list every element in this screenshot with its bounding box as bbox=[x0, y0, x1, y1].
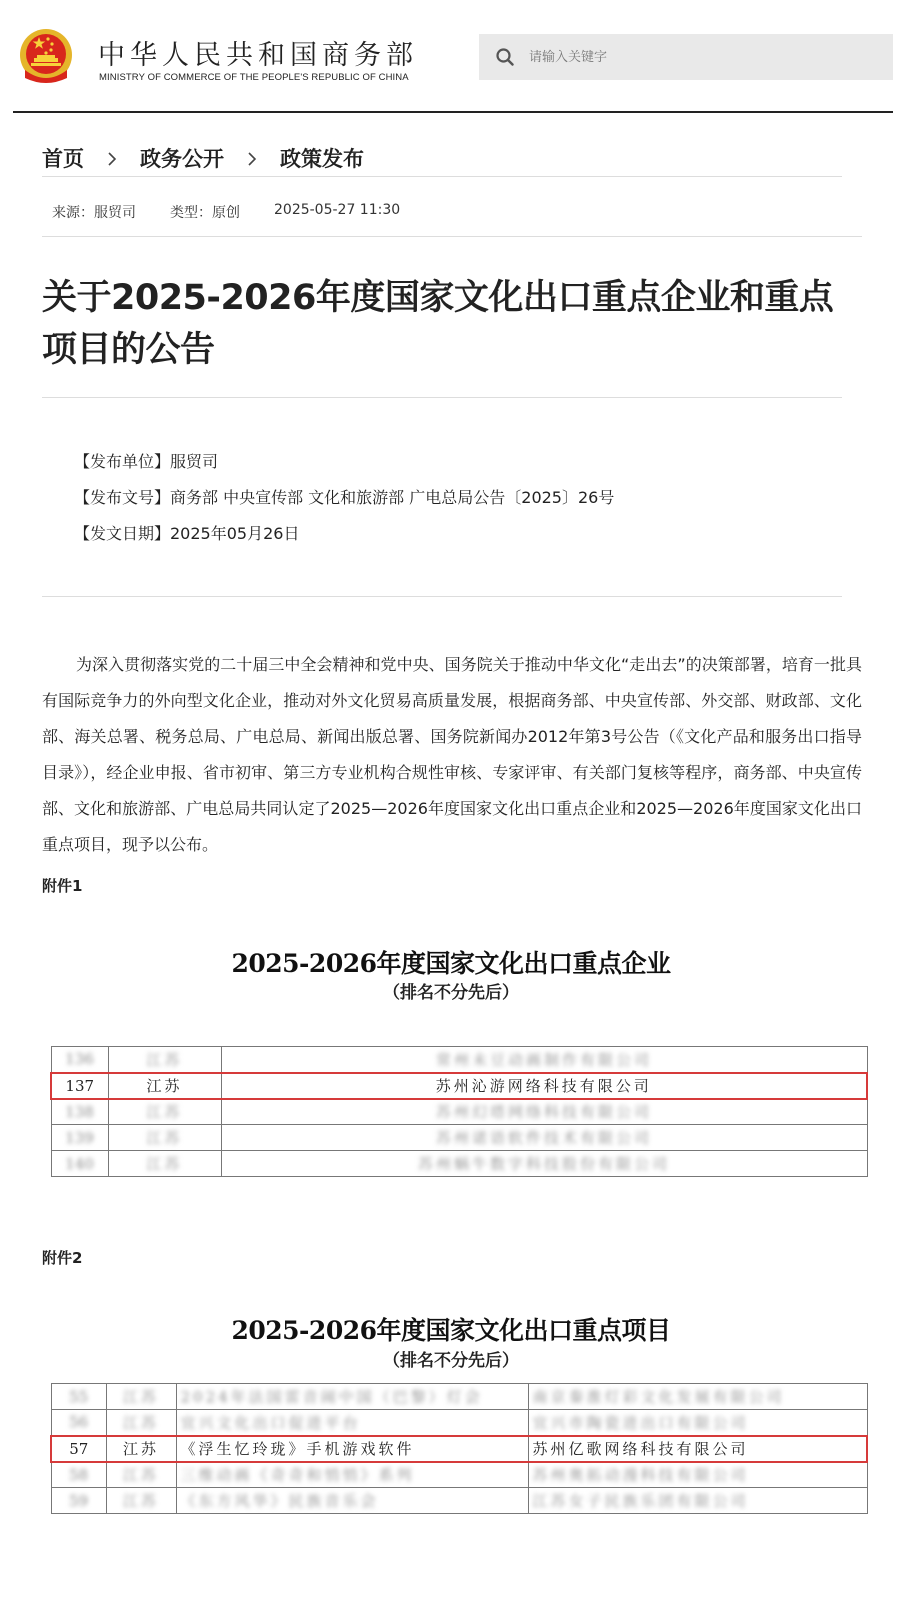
row-number: 57 bbox=[51, 1436, 106, 1462]
chevron-right-icon bbox=[224, 148, 280, 169]
article-body: 为深入贯彻落实党的二十届三中全会精神和党中央、国务院关于推动中华文化“走出去”的… bbox=[42, 647, 862, 863]
attachment-1-title: 2025-2026年度国家文化出口重点企业 bbox=[0, 944, 902, 980]
attachment-2-label[interactable]: 附件2 bbox=[42, 1247, 82, 1268]
breadcrumb-policy-release[interactable]: 政策发布 bbox=[280, 143, 364, 173]
attachment-1-label[interactable]: 附件1 bbox=[42, 875, 82, 896]
info-issue-date: 【发文日期】2025年05月26日 bbox=[74, 516, 614, 552]
table-row: 139 江苏 苏州诺语软件技术有限公司 bbox=[51, 1125, 867, 1151]
article-type: 类型：原创 bbox=[170, 202, 240, 222]
article-source: 来源：服贸司 bbox=[52, 202, 136, 222]
table-row: 55 江苏 2024年法国雷音闹中国（巴黎）灯会 南京秦淮灯彩文化发展有限公司 bbox=[51, 1384, 867, 1410]
article-datetime: 2025-05-27 11:30 bbox=[274, 202, 400, 222]
attachment-2-title: 2025-2026年度国家文化出口重点项目 bbox=[0, 1311, 902, 1347]
table-row-highlighted: 137 江苏 苏州沁游网络科技有限公司 bbox=[51, 1073, 867, 1099]
table-row: 56 江苏 宜兴文化出口促进平台 宜兴市陶瓷进出口有限公司 bbox=[51, 1410, 867, 1436]
article-meta: 来源：服贸司 类型：原创 2025-05-27 11:30 bbox=[52, 202, 434, 222]
national-emblem-icon[interactable] bbox=[17, 28, 75, 86]
header-divider bbox=[13, 111, 893, 113]
article-info: 【发布单位】服贸司 【发布文号】商务部 中央宣传部 文化和旅游部 广电总局公告〔… bbox=[74, 444, 614, 552]
title-divider bbox=[42, 397, 842, 398]
search-icon[interactable] bbox=[495, 47, 515, 67]
row-company: 苏州亿歌网络科技有限公司 bbox=[528, 1436, 867, 1462]
row-province: 江苏 bbox=[108, 1073, 221, 1099]
attachment-2-table: 55 江苏 2024年法国雷音闹中国（巴黎）灯会 南京秦淮灯彩文化发展有限公司 … bbox=[50, 1383, 868, 1514]
breadcrumb-government-affairs[interactable]: 政务公开 bbox=[140, 143, 224, 173]
breadcrumb-home[interactable]: 首页 bbox=[42, 143, 84, 173]
info-divider bbox=[42, 596, 842, 597]
table-row-highlighted: 57 江苏 《浮生忆玲珑》手机游戏软件 苏州亿歌网络科技有限公司 bbox=[51, 1436, 867, 1462]
row-company: 苏州沁游网络科技有限公司 bbox=[221, 1073, 867, 1099]
row-project: 《浮生忆玲珑》手机游戏软件 bbox=[176, 1436, 528, 1462]
row-number: 137 bbox=[51, 1073, 108, 1099]
table-row: 58 江苏 三维动画《奇奇和悄悄》系列 苏州奥拓动漫科技有限公司 bbox=[51, 1462, 867, 1488]
search-bar bbox=[479, 34, 893, 80]
chevron-right-icon bbox=[84, 148, 140, 169]
breadcrumb-divider bbox=[42, 176, 842, 177]
attachment-1-subtitle: （排名不分先后） bbox=[0, 978, 902, 1003]
site-logo-title[interactable]: 中华人民共和国商务部 bbox=[98, 33, 418, 72]
meta-divider bbox=[42, 236, 862, 237]
article-title: 关于2025-2026年度国家文化出口重点企业和重点项目的公告 bbox=[42, 272, 862, 376]
row-province: 江苏 bbox=[106, 1436, 176, 1462]
info-document-number: 【发布文号】商务部 中央宣传部 文化和旅游部 广电总局公告〔2025〕26号 bbox=[74, 480, 614, 516]
info-issuer: 【发布单位】服贸司 bbox=[74, 444, 614, 480]
site-header: 中华人民共和国商务部 MINISTRY OF COMMERCE OF THE P… bbox=[0, 0, 902, 112]
breadcrumb: 首页 政务公开 政策发布 bbox=[42, 143, 364, 173]
table-row: 140 江苏 苏州蜗牛数字科技股份有限公司 bbox=[51, 1151, 867, 1177]
table-row: 59 江苏 《东方风华》民族音乐会 江苏女子民族乐团有限公司 bbox=[51, 1488, 867, 1514]
attachment-2-subtitle: （排名不分先后） bbox=[0, 1346, 902, 1371]
site-logo-subtitle: MINISTRY OF COMMERCE OF THE PEOPLE'S REP… bbox=[99, 72, 409, 83]
table-row: 138 江苏 苏州幻塔网络科技有限公司 bbox=[51, 1099, 867, 1125]
search-input[interactable] bbox=[529, 34, 879, 80]
attachment-1-table: 136 江苏 常州未豆动画制作有限公司 137 江苏 苏州沁游网络科技有限公司 … bbox=[50, 1046, 868, 1177]
table-row: 136 江苏 常州未豆动画制作有限公司 bbox=[51, 1047, 867, 1073]
